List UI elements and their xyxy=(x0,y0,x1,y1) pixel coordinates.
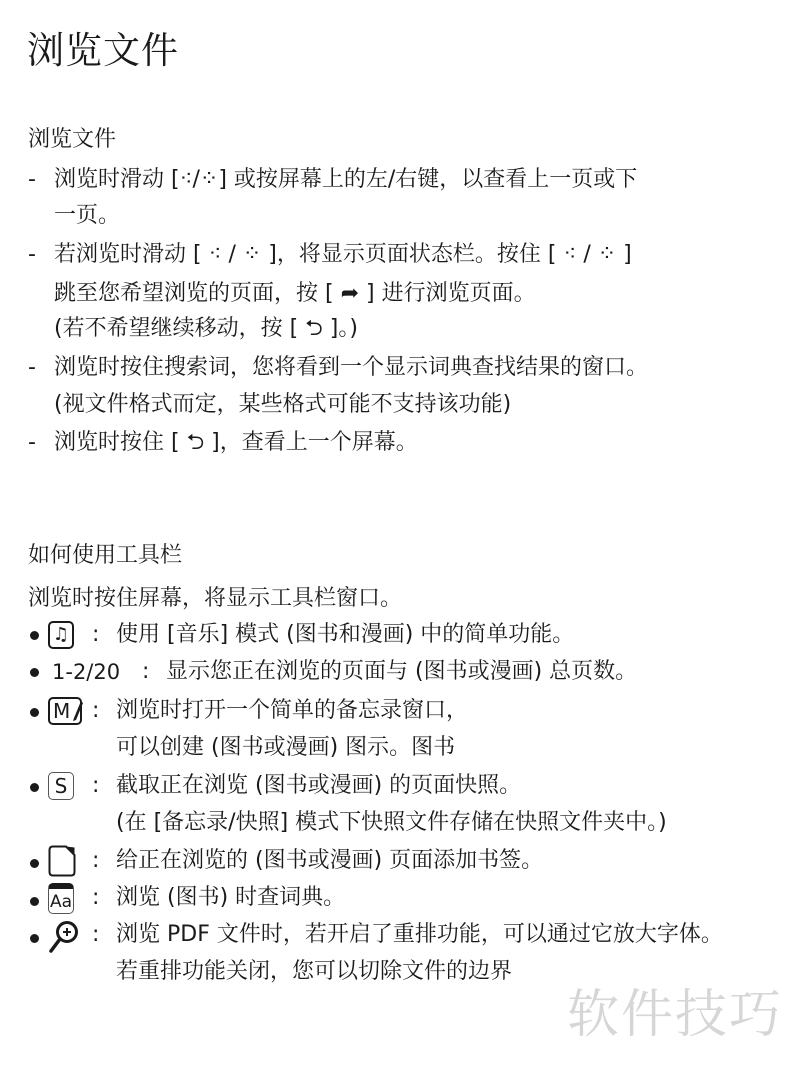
toolbar-item-desc: (在 [备忘录/快照] 模式下快照文件存储在快照文件夹中。) xyxy=(116,808,667,838)
memo-pencil-icon: M xyxy=(48,697,82,725)
bullet xyxy=(30,934,39,943)
instruction-line: 若浏览时滑动 [ ⁖ / ⁘ ]，将显示页面状态栏。按住 [ ⁖ / ⁘ ] xyxy=(54,240,632,270)
bullet xyxy=(30,708,39,717)
colon: : xyxy=(142,657,149,687)
snapshot-icon: S xyxy=(48,772,74,800)
page-counter: 1-2/20 xyxy=(52,657,120,687)
page-title: 浏览文件 xyxy=(27,20,179,74)
list-dash: - xyxy=(28,165,44,195)
bullet xyxy=(30,631,39,640)
instruction-line: 浏览时按住 [ ⮌ ]，查看上一个屏幕。 xyxy=(54,428,418,458)
dictionary-icon: Aa xyxy=(48,883,74,914)
colon: : xyxy=(92,883,99,913)
toolbar-item-desc: 显示您正在浏览的页面与 (图书或漫画) 总页数。 xyxy=(166,657,637,687)
bullet xyxy=(30,668,39,677)
bookmark-page-icon xyxy=(48,845,76,877)
toolbar-item-desc: 截取正在浏览 (图书或漫画) 的页面快照。 xyxy=(116,771,521,801)
toolbar-item-desc: 若重排功能关闭，您可以切除文件的边界 xyxy=(116,957,512,987)
toolbar-item-desc: 使用 [音乐] 模式 (图书和漫画) 中的简单功能。 xyxy=(116,620,574,650)
bullet xyxy=(30,783,39,792)
colon: : xyxy=(92,920,99,950)
toolbar-item-desc: 浏览时打开一个简单的备忘录窗口， xyxy=(116,696,468,726)
colon: : xyxy=(92,846,99,876)
list-dash: - xyxy=(28,240,44,270)
instruction-line: 一页。 xyxy=(54,201,120,231)
instruction-line: 浏览时按住搜索词，您将看到一个显示词典查找结果的窗口。 xyxy=(54,353,648,383)
zoom-in-magnifier-icon xyxy=(48,920,80,954)
instruction-line: 跳至您希望浏览的页面，按 [ ➦ ] 进行浏览页面。 xyxy=(54,279,536,309)
list-dash: - xyxy=(28,428,44,458)
music-note-icon: ♫ xyxy=(48,621,74,649)
bullet xyxy=(30,897,39,906)
toolbar-item-desc: 给正在浏览的 (图书或漫画) 页面添加书签。 xyxy=(116,846,543,876)
toolbar-item-desc: 浏览 (图书) 时查词典。 xyxy=(116,883,345,913)
section-heading-browse: 浏览文件 xyxy=(28,122,116,153)
toolbar-item-desc: 浏览 PDF 文件时，若开启了重排功能，可以通过它放大字体。 xyxy=(116,920,723,950)
toolbar-item-desc: 可以创建 (图书或漫画) 图示。图书 xyxy=(116,733,455,763)
toolbar-intro: 浏览时按住屏幕，将显示工具栏窗口。 xyxy=(28,584,402,614)
list-dash: - xyxy=(28,353,44,383)
colon: : xyxy=(92,696,99,726)
section-heading-toolbar: 如何使用工具栏 xyxy=(28,538,182,569)
pencil-glyph xyxy=(72,700,84,722)
watermark: 软件技巧 xyxy=(567,972,783,1047)
instruction-line: (若不希望继续移动，按 [ ⮌ ]。) xyxy=(54,314,358,344)
colon: : xyxy=(92,771,99,801)
memo-letter: M xyxy=(53,701,70,721)
instruction-line: (视文件格式而定，某些格式可能不支持该功能) xyxy=(54,390,511,420)
colon: : xyxy=(92,620,99,650)
instruction-line: 浏览时滑动 [⁖/⁘] 或按屏幕上的左/右键，以查看上一页或下 xyxy=(54,165,637,195)
bullet xyxy=(30,859,39,868)
